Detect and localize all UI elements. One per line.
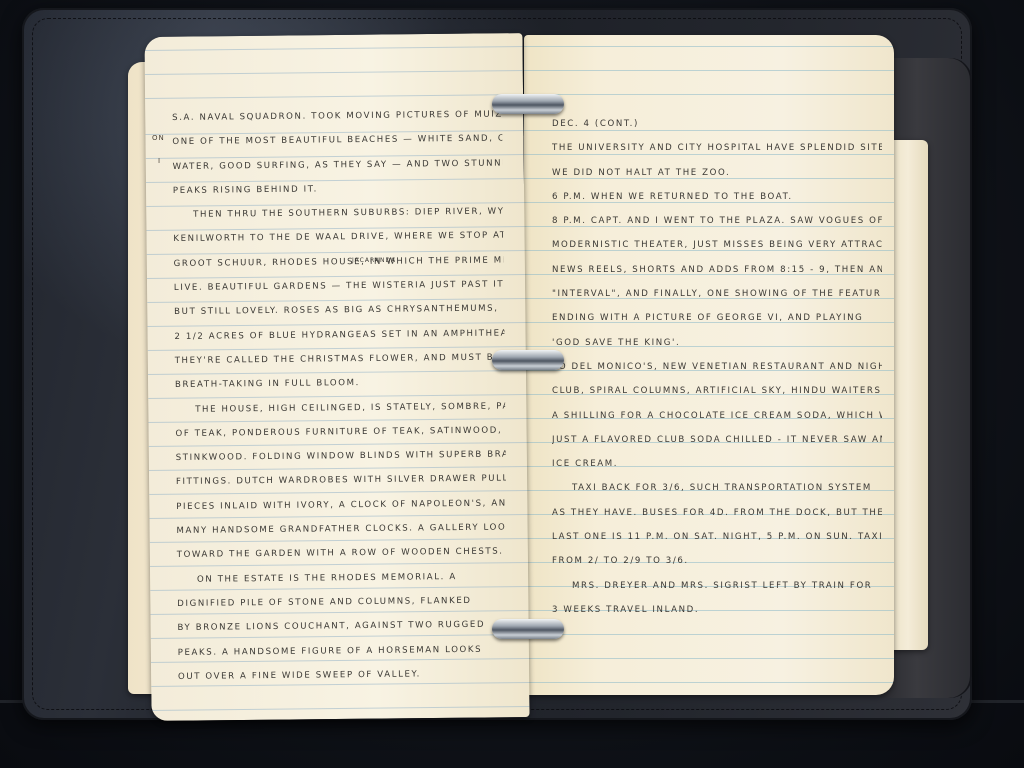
handwritten-line: water, good surfing, as they say — and t… bbox=[173, 151, 503, 179]
handwritten-line: ice cream. bbox=[552, 452, 882, 476]
left-page-text: S.A. Naval Squadron. Took moving picture… bbox=[172, 103, 508, 690]
handwritten-line: News reels, shorts and adds from 8:15 - … bbox=[552, 258, 882, 282]
handwritten-line: Dec. 4 (cont.) bbox=[552, 112, 882, 136]
margin-peek-text: I bbox=[158, 157, 161, 165]
handwritten-line: Modernistic theater, just misses being v… bbox=[552, 233, 882, 257]
binder-ring bbox=[492, 619, 564, 639]
handwritten-line: To Del Monico's, new Venetian restaurant… bbox=[552, 355, 882, 379]
handwritten-line: from 2/ to 2/9 to 3/6. bbox=[552, 549, 882, 573]
handwritten-line: many handsome grandfather clocks. A gall… bbox=[176, 516, 506, 544]
binder-ring bbox=[492, 94, 564, 114]
handwritten-line: Then thru the southern suburbs: Diep Riv… bbox=[173, 200, 503, 228]
handwritten-line: club, spiral columns, artificial sky, Hi… bbox=[552, 379, 882, 403]
handwritten-line: out over a fine wide sweep of valley. bbox=[178, 661, 508, 689]
handwritten-line: last one is 11 P.M. on Sat. night, 5 P.M… bbox=[552, 525, 882, 549]
handwritten-line: of teak, ponderous furniture of teak, sa… bbox=[175, 418, 505, 446]
handwritten-line: just a flavored club soda chilled - it n… bbox=[552, 428, 882, 452]
handwritten-line: as they have. Buses for 4d. from the doc… bbox=[552, 501, 882, 525]
handwritten-line: ending with a picture of George VI, and … bbox=[552, 306, 882, 330]
handwritten-line: peaks rising behind it. bbox=[173, 175, 503, 203]
handwritten-line: pieces inlaid with ivory, a clock of Nap… bbox=[176, 491, 506, 519]
handwritten-line: fittings. Dutch wardrobes with silver dr… bbox=[176, 467, 506, 495]
handwritten-line: 8 P.M. Capt. and I went to the Plaza. Sa… bbox=[552, 209, 882, 233]
handwritten-line: 2 1/2 acres of blue hydrangeas set in an… bbox=[174, 321, 504, 349]
handwritten-line: Groot Schuur, Rhodes House, in which the… bbox=[174, 248, 504, 276]
handwritten-line: by bronze lions couchant, against two ru… bbox=[177, 613, 507, 641]
page-stack-edge bbox=[888, 140, 928, 650]
handwritten-line: Mrs. Dreyer and Mrs. Sigrist left by tra… bbox=[552, 574, 882, 598]
handwritten-line: "interval", and finally, one showing of … bbox=[552, 282, 882, 306]
handwritten-line: S.A. Naval Squadron. Took moving picture… bbox=[172, 103, 502, 131]
binder-ring bbox=[492, 350, 564, 370]
handwritten-line: 6 P.M. when we returned to the boat. bbox=[552, 185, 882, 209]
handwritten-line: Kenilworth to the De Waal Drive, where w… bbox=[173, 224, 503, 252]
handwritten-line: On the estate is the Rhodes Memorial. A bbox=[177, 564, 507, 592]
handwritten-line: one of the most beautiful beaches — whit… bbox=[172, 127, 502, 155]
handwritten-line: stinkwood. Folding window blinds with su… bbox=[176, 443, 506, 471]
handwritten-line: toward the garden with a row of wooden c… bbox=[177, 540, 507, 568]
handwritten-line: We did not halt at the zoo. bbox=[552, 161, 882, 185]
handwritten-line: 'God Save the King'. bbox=[552, 331, 882, 355]
handwritten-line: breath-taking in full bloom. bbox=[175, 370, 505, 398]
handwritten-line: 3 weeks travel inland. bbox=[552, 598, 882, 622]
handwritten-line: Taxi back for 3/6, such transportation s… bbox=[552, 476, 882, 500]
handwritten-line: they're called the Christmas flower, and… bbox=[175, 345, 505, 373]
right-page-text: Dec. 4 (cont.)The University and City Ho… bbox=[552, 112, 882, 622]
interlinear-note: Jacaranda bbox=[352, 257, 396, 264]
handwritten-line: peaks. A handsome figure of a horseman l… bbox=[178, 637, 508, 665]
handwritten-line: dignified pile of stone and columns, fla… bbox=[177, 588, 507, 616]
handwritten-line: A shilling for a chocolate ice cream sod… bbox=[552, 404, 882, 428]
margin-peek-text: On bbox=[152, 134, 165, 142]
handwritten-line: The University and City Hospital have sp… bbox=[552, 136, 882, 160]
handwritten-line: The house, high ceilinged, is stately, s… bbox=[175, 394, 505, 422]
handwritten-line: but still lovely. Roses as big as chrysa… bbox=[174, 297, 504, 325]
handwritten-line: live. Beautiful gardens — the wisteria j… bbox=[174, 273, 504, 301]
